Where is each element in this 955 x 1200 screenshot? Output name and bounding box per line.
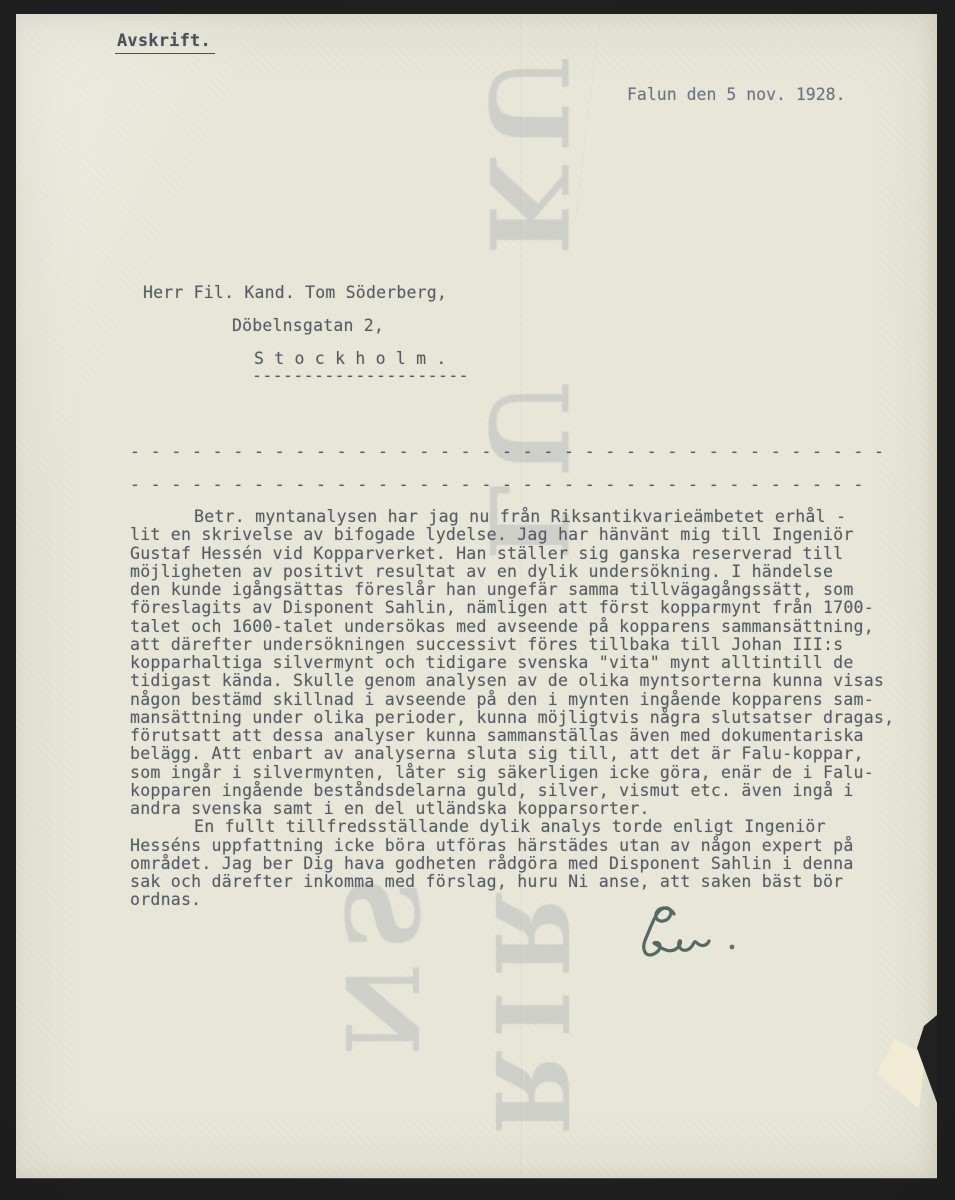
body-line: En fullt tillfredsställande dylik analys… <box>130 818 936 836</box>
divider-dashes-row1: - - - - - - - - - - - - - - - - - - - - … <box>130 442 884 461</box>
recipient-underline-dashes: --------------------- <box>252 366 469 385</box>
body-line: den kunde igångsättas föreslår han ungef… <box>130 581 936 599</box>
body-line: någon bestämd skillnad i avseende på den… <box>130 691 936 709</box>
body-line: kopparhaltiga silvermynt och tidigare sv… <box>130 654 936 672</box>
body-line: lit en skrivelse av bifogade lydelse. Ja… <box>130 526 936 544</box>
scan-background: KU LU RIR NS Avskrift. Falun den 5 nov. … <box>0 0 955 1200</box>
paper-crease <box>575 14 603 222</box>
body-line: området. Jag ber Dig hava godheten rådgö… <box>130 855 936 873</box>
torn-edge-notch <box>861 999 937 1114</box>
body-line: Hesséns uppfattning icke böra utföras hä… <box>130 837 936 855</box>
body-line: möjligheten av positivt resultat av en d… <box>130 563 936 581</box>
letter-page: KU LU RIR NS Avskrift. Falun den 5 nov. … <box>16 14 937 1178</box>
transcript-label: Avskrift. <box>115 31 215 54</box>
body-text: Betr. myntanalysen har jag nu från Riksa… <box>130 508 936 910</box>
body-line: andra svenska samt i en del utländska ko… <box>130 800 936 818</box>
body-line: Betr. myntanalysen har jag nu från Riksa… <box>130 508 936 526</box>
body-line: belägg. Att enbart av analyserna sluta s… <box>130 745 936 763</box>
body-line: sak och därefter inkomma med förslag, hu… <box>130 873 936 891</box>
body-line: tidigast kända. Skulle genom analysen av… <box>130 672 936 690</box>
body-line: att därefter undersökningen successivt f… <box>130 636 936 654</box>
dateline: Falun den 5 nov. 1928. <box>627 85 846 104</box>
body-line: förutsatt att dessa analyser kunna samma… <box>130 727 936 745</box>
divider-dashes-row2: - - - - - - - - - - - - - - - - - - - - … <box>130 475 864 494</box>
body-line: mansättning under olika perioder, kunna … <box>130 709 936 727</box>
body-line: föreslagits av Disponent Sahlin, nämlige… <box>130 599 936 617</box>
bleedthrough-watermark: KU <box>480 15 590 255</box>
body-line: talet och 1600-talet undersökas med avse… <box>130 618 936 636</box>
recipient-name: Herr Fil. Kand. Tom Söderberg, <box>143 283 447 302</box>
signature-initials <box>628 902 758 972</box>
body-line: kopparen ingående beståndsdelarna guld, … <box>130 782 936 800</box>
body-line: Gustaf Hessén vid Kopparverket. Han stäl… <box>130 545 936 563</box>
recipient-street: Döbelnsgatan 2, <box>232 316 384 335</box>
body-line: ordnas. <box>130 891 936 909</box>
body-line: som ingår i silvermynten, låter sig säke… <box>130 764 936 782</box>
